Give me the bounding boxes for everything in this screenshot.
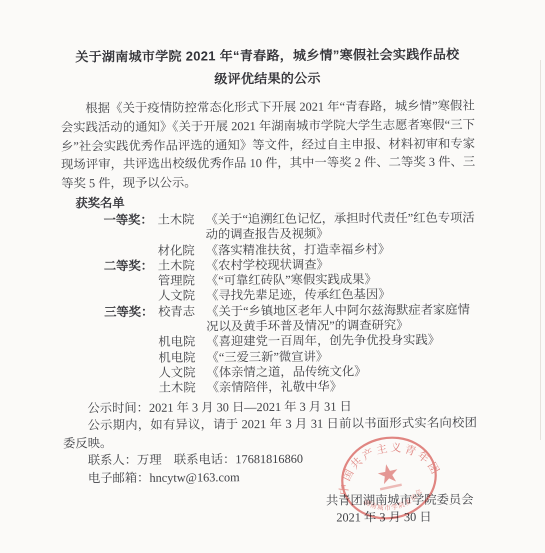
award-row: 土木院 《亲情陪伴，礼敬中华》 xyxy=(105,379,477,397)
objection-line: 公示期内，如有异议，请于 2021 年 3 月 31 日前以书面形式实名向校团委… xyxy=(63,415,477,453)
intro-paragraph: 根据《关于疫情防控常态化形式下开展 2021 年“青春路，城乡情”寒假社会实践活… xyxy=(61,97,476,194)
award-row: 一等奖： 土木院 《关于“追溯红色记忆，承担时代责任”红色专项活动的调查报告及视… xyxy=(103,211,475,244)
award-section-label: 获奖名单 xyxy=(75,191,475,212)
paper-edge-line xyxy=(540,60,541,440)
award-rank-label xyxy=(104,335,158,351)
award-rank-label xyxy=(104,274,158,290)
award-unit: 土木院 xyxy=(157,212,205,243)
award-rank-label: 一等奖： xyxy=(103,213,157,244)
award-unit: 机电院 xyxy=(158,335,206,351)
award-rank-label xyxy=(105,381,159,397)
award-rank-label xyxy=(104,350,158,366)
award-unit: 人文院 xyxy=(158,289,206,305)
scanned-document-page: 关于湖南城市学院 2021 年“青春路，城乡情”寒假社会实践作品校 级评优结果的… xyxy=(0,0,545,553)
document-title-line-1: 关于湖南城市学院 2021 年“青春路，城乡情”寒假社会实践作品校 xyxy=(75,47,459,65)
award-list: 一等奖： 土木院 《关于“追溯红色记忆，承担时代责任”红色专项活动的调查报告及视… xyxy=(61,211,476,397)
award-unit: 管理院 xyxy=(158,274,206,290)
email-line: 电子邮箱：hncytw@163.com xyxy=(63,467,477,487)
award-unit: 校青志 xyxy=(158,304,206,335)
signature-block: 共青团湖南城市学院委员会 2021 年 3 月 30 日 xyxy=(63,492,477,529)
award-work-title: 《关于“追溯红色记忆，承担时代责任”红色专项活动的调查报告及视频》 xyxy=(205,211,475,243)
document-title: 关于湖南城市学院 2021 年“青春路，城乡情”寒假社会实践作品校 级评优结果的… xyxy=(60,43,474,92)
document-title-line-2: 级评优结果的公示 xyxy=(214,71,321,87)
award-unit: 机电院 xyxy=(158,350,206,366)
award-rank-label xyxy=(105,366,159,382)
tail-block: 公示时间：2021 年 3 月 30 日—2021 年 3 月 31 日 公示期… xyxy=(63,397,478,487)
award-work-title: 《关于“乡镇地区老年人中阿尔兹海默症者家庭情况以及黄手环普及情况”的调查研究》 xyxy=(206,302,476,334)
award-rank-label xyxy=(104,289,158,305)
award-row: 三等奖： 校青志 《关于“乡镇地区老年人中阿尔兹海默症者家庭情况以及黄手环普及情… xyxy=(104,302,476,335)
award-rank-label xyxy=(104,243,158,259)
award-unit: 人文院 xyxy=(159,365,207,381)
award-rank-label: 三等奖： xyxy=(104,305,158,336)
award-unit: 土木院 xyxy=(158,258,206,274)
award-unit: 材化院 xyxy=(158,243,206,259)
award-rank-label: 二等奖： xyxy=(104,259,158,275)
document-body: 关于湖南城市学院 2021 年“青春路，城乡情”寒假社会实践作品校 级评优结果的… xyxy=(60,43,477,529)
signature-date: 2021 年 3 月 30 日 xyxy=(64,509,478,529)
award-unit: 土木院 xyxy=(159,381,207,397)
award-work-title: 《亲情陪伴，礼敬中华》 xyxy=(207,379,477,396)
